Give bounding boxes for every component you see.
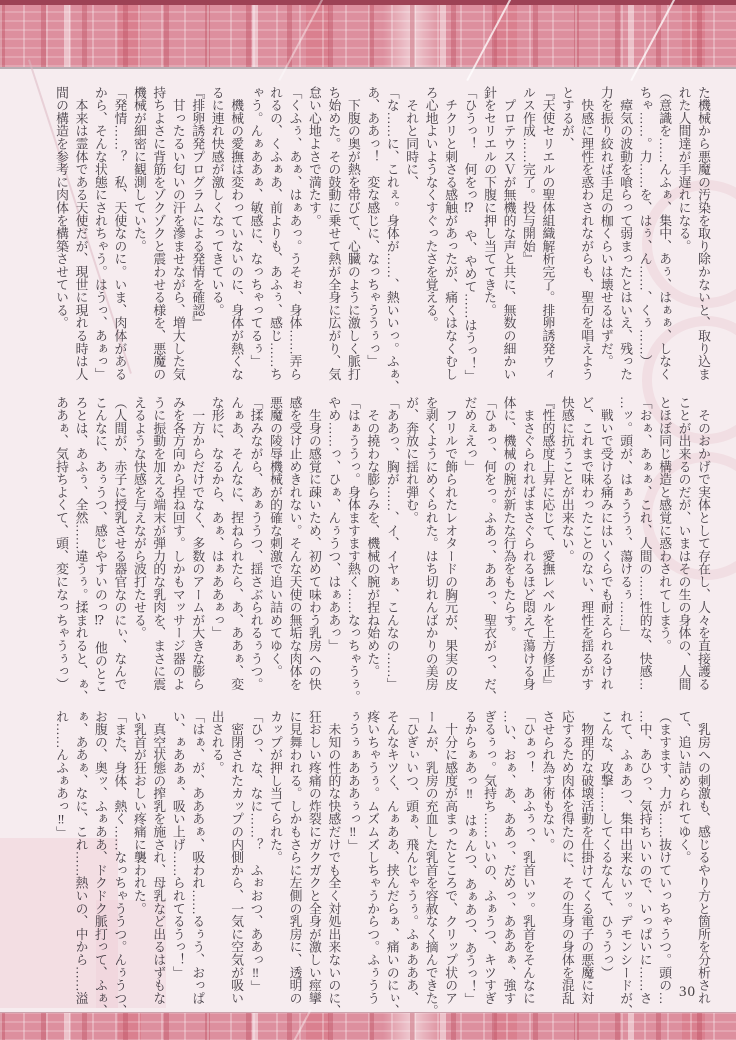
bottom-border-diagonal-line (290, 1009, 311, 1040)
text-band-top: た機械から悪魔の汚染を取り除かないと、取り込ま れた人間達が手遅れになる。 （意… (50, 86, 712, 408)
top-border-diagonal-line (278, 0, 323, 81)
text-band-middle: そのおかげで実体として存在し、人々を直接護る ことが出来るのだが、いまはその生の… (50, 396, 712, 718)
top-border-diagonal-line (630, 0, 675, 81)
text-band-bottom: 乳房への刺激も、感じるやり方と箇所を分析され て、追い詰められてゆく。 （ますま… (50, 710, 712, 1032)
bottom-border-circuit-pattern (0, 1012, 736, 1040)
top-border-diagonal-line (466, 0, 511, 81)
page-number: 30 (679, 984, 696, 1001)
top-border-circuit-pattern (0, 0, 736, 69)
manga-novel-page: { "colors": { "border_pink": "#dd8f9e", … (0, 0, 736, 1040)
